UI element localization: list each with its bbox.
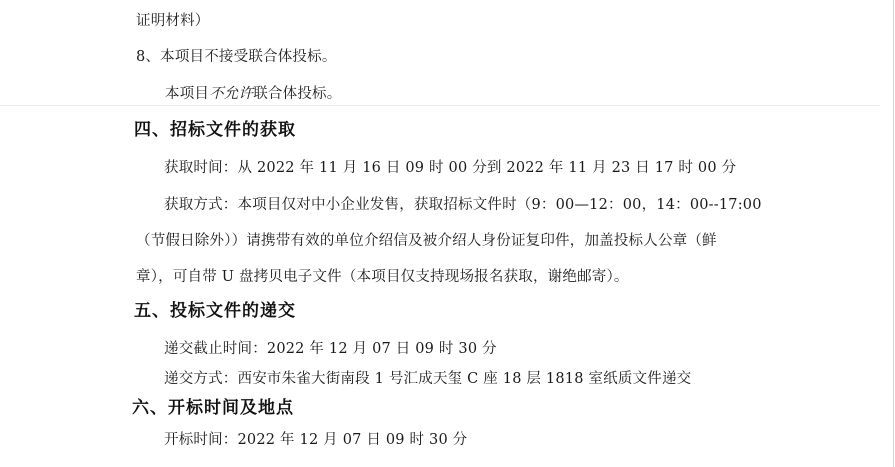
text-line-acquisition-method-1: 获取方式：本项目仅对中小企业发售，获取招标文件时（9：00—12：00，14：0… [164,195,762,215]
document-page: 证明材料） 8、本项目不接受联合体投标。 本项目不允许联合体投标。 四、招标文件… [0,0,895,467]
section-heading-4: 四、招标文件的获取 [134,119,296,141]
text-line-submission-method: 递交方式：西安市朱雀大街南段 1 号汇成天玺 C 座 18 层 1818 室纸质… [164,369,691,389]
text-line-proof-materials: 证明材料） [136,11,210,31]
text-post: 联合体投标。 [253,86,341,102]
text-italic-not-allowed: 不允许 [209,86,253,102]
text-line-item-8: 8、本项目不接受联合体投标。 [136,47,337,67]
text-line-no-consortium: 本项目不允许联合体投标。 [165,84,341,104]
text-line-acquisition-method-2: （节假日除外））请携带有效的单位介绍信及被介绍人身份证复印件，加盖投标人公章（鲜 [136,231,717,251]
page-edge-line [893,0,894,467]
section-heading-5: 五、投标文件的递交 [134,300,296,322]
text-line-acquisition-method-3: 章），可自带 U 盘拷贝电子文件（本项目仅支持现场报名获取，谢绝邮寄）。 [136,267,629,287]
page-seam-divider [0,105,880,106]
text-line-acquisition-time: 获取时间：从 2022 年 11 月 16 日 09 时 00 分到 2022 … [164,158,736,178]
text-line-submission-deadline: 递交截止时间：2022 年 12 月 07 日 09 时 30 分 [164,339,497,359]
text-pre: 本项目 [165,86,209,102]
section-heading-6: 六、开标时间及地点 [132,397,294,419]
text-line-opening-time: 开标时间：2022 年 12 月 07 日 09 时 30 分 [164,430,467,450]
